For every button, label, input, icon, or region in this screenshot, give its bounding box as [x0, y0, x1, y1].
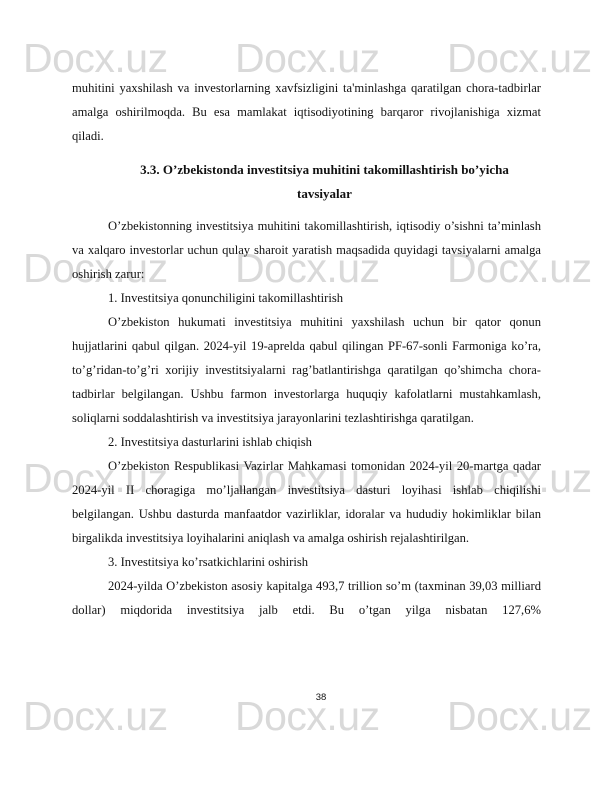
- document-page: muhitini yaxshilash va investorlarning x…: [72, 76, 541, 622]
- list-item-heading: 1. Investitsiya qonunchiligini takomilla…: [72, 286, 541, 310]
- watermark: Docx.uz: [23, 38, 168, 79]
- section-heading-line1: 3.3. O’zbekistonda investitsiya muhitini…: [108, 158, 541, 182]
- list-item-heading: 3. Investitsiya ko’rsatkichlarini oshiri…: [72, 550, 541, 574]
- body-paragraph: O’zbekistonning investitsiya muhitini ta…: [72, 214, 541, 286]
- body-paragraph: 2024-yilda O’zbekiston asosiy kapitalga …: [72, 574, 541, 622]
- watermark: Docx.uz: [235, 38, 380, 79]
- watermark: Docx.uz: [447, 38, 592, 79]
- intro-paragraph: muhitini yaxshilash va investorlarning x…: [72, 76, 541, 148]
- body-paragraph: O’zbekiston hukumati investitsiya muhiti…: [72, 310, 541, 430]
- section-heading-line2: tavsiyalar: [108, 182, 541, 206]
- body-paragraph: O’zbekiston Respublikasi Vazirlar Mahkam…: [72, 454, 541, 550]
- list-item-heading: 2. Investitsiya dasturlarini ishlab chiq…: [72, 430, 541, 454]
- section-heading: 3.3. O’zbekistonda investitsiya muhitini…: [108, 158, 541, 206]
- page-number: 38: [0, 692, 612, 703]
